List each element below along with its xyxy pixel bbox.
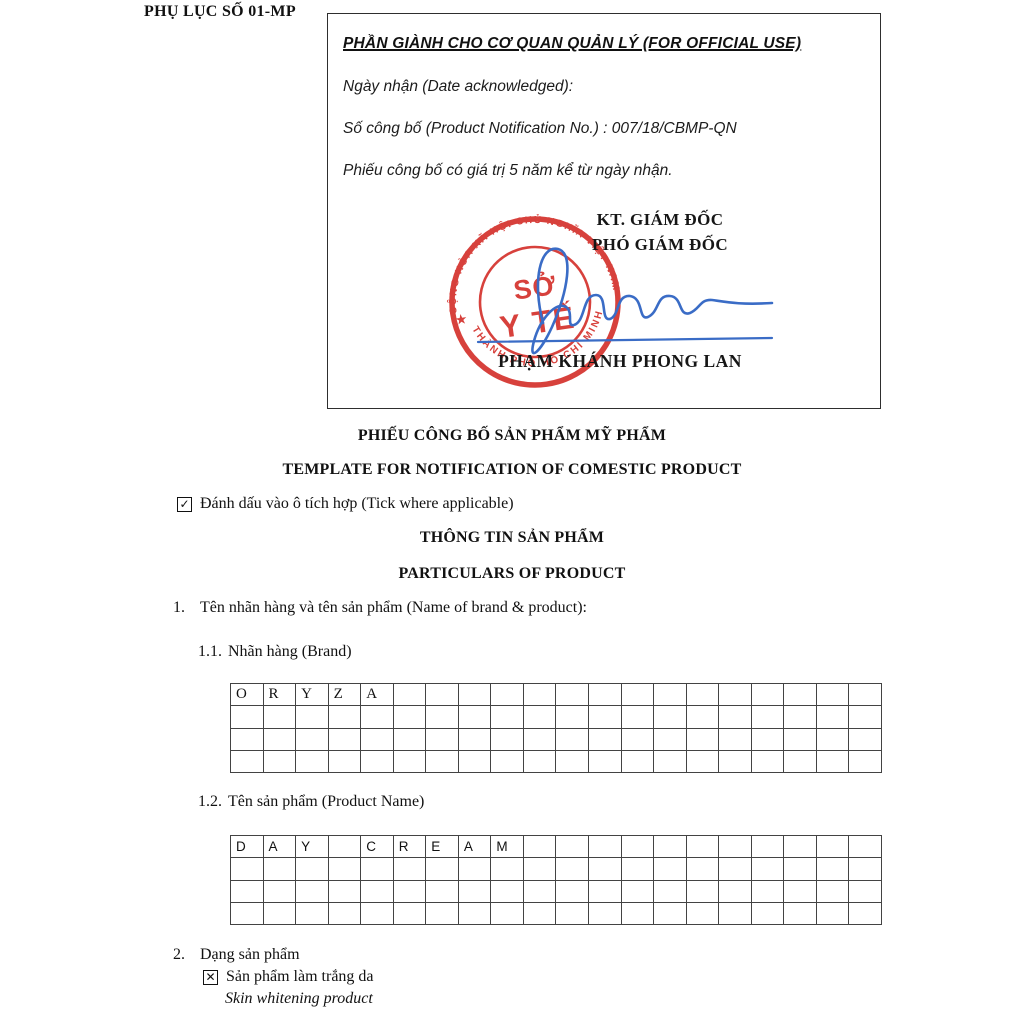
grid-cell xyxy=(329,903,362,925)
grid-cell xyxy=(784,706,817,728)
grid-cell xyxy=(524,729,557,751)
grid-cell xyxy=(687,903,720,925)
validity-line: Phiếu công bố có giá trị 5 năm kể từ ngà… xyxy=(343,162,673,180)
grid-cell xyxy=(849,881,882,903)
grid-cell xyxy=(622,684,655,706)
grid-cell xyxy=(687,706,720,728)
grid-cell xyxy=(719,903,752,925)
grid-cell xyxy=(589,836,622,858)
grid-cell xyxy=(589,729,622,751)
grid-cell xyxy=(752,751,785,773)
product-type-option-row: ✕ Sản phẩm làm trắng da xyxy=(203,968,374,986)
grid-cell xyxy=(622,751,655,773)
grid-cell xyxy=(589,706,622,728)
grid-cell xyxy=(491,729,524,751)
grid-cell xyxy=(556,903,589,925)
grid-cell xyxy=(491,684,524,706)
grid-cell xyxy=(556,858,589,880)
grid-cell xyxy=(687,729,720,751)
grid-cell xyxy=(849,729,882,751)
grid-cell xyxy=(459,684,492,706)
grid-cell xyxy=(817,706,850,728)
grid-cell: A xyxy=(264,836,297,858)
grid-cell xyxy=(817,751,850,773)
grid-cell xyxy=(784,729,817,751)
grid-cell xyxy=(589,903,622,925)
grid-cell xyxy=(849,903,882,925)
section1-number: 1. xyxy=(173,599,200,617)
grid-cell xyxy=(231,903,264,925)
grid-cell xyxy=(849,858,882,880)
grid-cell xyxy=(719,836,752,858)
grid-cell xyxy=(817,684,850,706)
section2-heading: 2. Dạng sản phẩm xyxy=(173,946,300,964)
brand-subheading-label: Nhãn hàng (Brand) xyxy=(228,643,352,661)
grid-cell xyxy=(231,706,264,728)
grid-cell xyxy=(296,881,329,903)
grid-cell xyxy=(622,729,655,751)
grid-cell xyxy=(849,706,882,728)
grid-cell xyxy=(264,858,297,880)
grid-cell xyxy=(524,881,557,903)
grid-cell xyxy=(426,751,459,773)
grid-cell xyxy=(784,858,817,880)
grid-cell xyxy=(491,881,524,903)
grid-cell xyxy=(524,706,557,728)
grid-cell xyxy=(817,881,850,903)
grid-cell xyxy=(329,858,362,880)
section1-label: Tên nhãn hàng và tên sản phẩm (Name of b… xyxy=(200,599,587,617)
grid-cell xyxy=(719,684,752,706)
appendix-label: PHỤ LỤC SỐ 01-MP xyxy=(144,3,296,21)
grid-cell xyxy=(654,858,687,880)
grid-cell xyxy=(719,706,752,728)
grid-cell xyxy=(394,729,427,751)
grid-cell xyxy=(589,881,622,903)
grid-cell xyxy=(849,684,882,706)
grid-cell xyxy=(459,858,492,880)
product-name-letter-grid: DAYCREAM xyxy=(230,835,882,925)
section2-number: 2. xyxy=(173,946,200,964)
grid-cell xyxy=(719,751,752,773)
grid-cell: A xyxy=(459,836,492,858)
product-type-option-en: Skin whitening product xyxy=(225,990,373,1008)
grid-cell xyxy=(459,751,492,773)
grid-cell xyxy=(752,706,785,728)
grid-cell xyxy=(296,706,329,728)
grid-cell xyxy=(849,836,882,858)
title-vietnamese: PHIẾU CÔNG BỐ SẢN PHẨM MỸ PHẨM xyxy=(0,427,1024,445)
grid-cell xyxy=(817,903,850,925)
grid-cell: A xyxy=(361,684,394,706)
grid-cell xyxy=(654,881,687,903)
grid-cell xyxy=(394,858,427,880)
grid-cell xyxy=(361,903,394,925)
grid-cell xyxy=(491,706,524,728)
grid-cell xyxy=(491,858,524,880)
grid-cell xyxy=(622,706,655,728)
grid-cell xyxy=(589,684,622,706)
grid-cell xyxy=(556,684,589,706)
product-name-subheading: 1.2. Tên sản phẩm (Product Name) xyxy=(198,793,424,811)
grid-cell: Y xyxy=(296,836,329,858)
grid-cell xyxy=(817,836,850,858)
grid-cell xyxy=(654,836,687,858)
grid-cell xyxy=(394,684,427,706)
grid-cell xyxy=(849,751,882,773)
grid-cell xyxy=(784,751,817,773)
product-type-option-vi: Sản phẩm làm trắng da xyxy=(226,968,374,986)
grid-cell xyxy=(264,729,297,751)
grid-cell xyxy=(231,858,264,880)
signer-titles: KT. GIÁM ĐỐC PHÓ GIÁM ĐỐC xyxy=(535,207,785,257)
grid-cell xyxy=(556,751,589,773)
grid-cell: Z xyxy=(329,684,362,706)
grid-cell xyxy=(459,881,492,903)
grid-cell xyxy=(687,881,720,903)
grid-cell xyxy=(784,836,817,858)
grid-cell xyxy=(264,751,297,773)
brand-subheading-number: 1.1. xyxy=(198,643,222,661)
grid-cell xyxy=(752,903,785,925)
grid-cell xyxy=(329,881,362,903)
grid-cell xyxy=(329,706,362,728)
checked-checkbox-icon: ✓ xyxy=(177,497,192,512)
grid-cell: R xyxy=(394,836,427,858)
grid-cell xyxy=(231,729,264,751)
grid-cell xyxy=(654,903,687,925)
grid-cell xyxy=(296,858,329,880)
grid-cell xyxy=(752,836,785,858)
grid-cell xyxy=(394,881,427,903)
grid-cell xyxy=(426,684,459,706)
grid-cell xyxy=(687,858,720,880)
grid-cell xyxy=(459,903,492,925)
grid-cell xyxy=(296,751,329,773)
grid-cell xyxy=(524,751,557,773)
section1-heading: 1. Tên nhãn hàng và tên sản phẩm (Name o… xyxy=(173,599,587,617)
grid-cell xyxy=(459,729,492,751)
grid-cell xyxy=(231,751,264,773)
crossed-checkbox-icon: ✕ xyxy=(203,970,218,985)
grid-cell xyxy=(654,751,687,773)
signer-name: PHẠM KHÁNH PHONG LAN xyxy=(495,351,745,372)
brand-letter-grid: ORYZA xyxy=(230,683,882,773)
grid-cell xyxy=(296,903,329,925)
document-page: PHỤ LỤC SỐ 01-MP PHẦN GIÀNH CHO CƠ QUAN … xyxy=(0,0,1024,1024)
signer-title-line1: KT. GIÁM ĐỐC xyxy=(535,207,785,232)
product-name-subheading-number: 1.2. xyxy=(198,793,222,811)
grid-cell: C xyxy=(361,836,394,858)
grid-cell xyxy=(524,684,557,706)
grid-cell xyxy=(654,729,687,751)
grid-cell xyxy=(361,751,394,773)
grid-cell xyxy=(817,858,850,880)
grid-cell xyxy=(264,706,297,728)
official-use-heading: PHẦN GIÀNH CHO CƠ QUAN QUẢN LÝ (FOR OFFI… xyxy=(343,35,868,53)
grid-cell xyxy=(556,836,589,858)
grid-cell xyxy=(329,836,362,858)
grid-cell xyxy=(426,858,459,880)
grid-cell xyxy=(622,903,655,925)
grid-cell xyxy=(784,903,817,925)
grid-cell xyxy=(394,903,427,925)
grid-cell xyxy=(687,836,720,858)
grid-cell xyxy=(296,729,329,751)
grid-cell xyxy=(394,706,427,728)
grid-cell xyxy=(589,751,622,773)
grid-cell xyxy=(622,881,655,903)
grid-cell xyxy=(524,903,557,925)
grid-cell xyxy=(394,751,427,773)
product-info-title-vi: THÔNG TIN SẢN PHẨM xyxy=(0,529,1024,547)
grid-cell xyxy=(752,858,785,880)
grid-cell xyxy=(622,836,655,858)
grid-cell xyxy=(817,729,850,751)
grid-cell xyxy=(556,881,589,903)
grid-cell xyxy=(654,684,687,706)
grid-cell: E xyxy=(426,836,459,858)
notification-number-line: Số công bố (Product Notification No.) : … xyxy=(343,120,737,138)
grid-cell xyxy=(361,881,394,903)
grid-cell: D xyxy=(231,836,264,858)
section2-label: Dạng sản phẩm xyxy=(200,946,300,964)
grid-cell: M xyxy=(491,836,524,858)
grid-cell xyxy=(719,881,752,903)
grid-cell xyxy=(784,881,817,903)
grid-cell xyxy=(264,903,297,925)
grid-cell xyxy=(459,706,492,728)
tick-note-row: ✓ Đánh dấu vào ô tích hợp (Tick where ap… xyxy=(177,495,514,513)
stamp-signature-block: CỘNG HÒA XÃ HỘI CHỦ NGHĨA VIỆT NAM THÀNH… xyxy=(440,195,784,410)
tick-note-label: Đánh dấu vào ô tích hợp (Tick where appl… xyxy=(200,495,514,513)
grid-cell xyxy=(491,751,524,773)
brand-subheading: 1.1. Nhãn hàng (Brand) xyxy=(198,643,352,661)
grid-cell xyxy=(687,751,720,773)
grid-cell xyxy=(752,729,785,751)
grid-cell: O xyxy=(231,684,264,706)
grid-cell xyxy=(556,729,589,751)
grid-cell xyxy=(589,858,622,880)
grid-cell xyxy=(426,729,459,751)
date-acknowledged-line: Ngày nhận (Date acknowledged): xyxy=(343,78,573,96)
grid-cell: Y xyxy=(296,684,329,706)
grid-cell xyxy=(556,706,589,728)
grid-cell xyxy=(687,684,720,706)
grid-cell xyxy=(784,684,817,706)
grid-cell xyxy=(524,836,557,858)
grid-cell xyxy=(622,858,655,880)
grid-cell xyxy=(524,858,557,880)
grid-cell xyxy=(361,706,394,728)
grid-cell xyxy=(654,706,687,728)
grid-cell xyxy=(491,903,524,925)
signer-title-line2: PHÓ GIÁM ĐỐC xyxy=(535,232,785,257)
grid-cell xyxy=(719,729,752,751)
grid-cell: R xyxy=(264,684,297,706)
grid-cell xyxy=(361,858,394,880)
grid-cell xyxy=(426,903,459,925)
product-info-title-en: PARTICULARS OF PRODUCT xyxy=(0,565,1024,583)
product-name-subheading-label: Tên sản phẩm (Product Name) xyxy=(228,793,424,811)
grid-cell xyxy=(426,881,459,903)
grid-cell xyxy=(264,881,297,903)
grid-cell xyxy=(361,729,394,751)
grid-cell xyxy=(231,881,264,903)
grid-cell xyxy=(426,706,459,728)
title-english: TEMPLATE FOR NOTIFICATION OF COMESTIC PR… xyxy=(0,461,1024,479)
grid-cell xyxy=(752,881,785,903)
grid-cell xyxy=(752,684,785,706)
grid-cell xyxy=(719,858,752,880)
grid-cell xyxy=(329,751,362,773)
grid-cell xyxy=(329,729,362,751)
